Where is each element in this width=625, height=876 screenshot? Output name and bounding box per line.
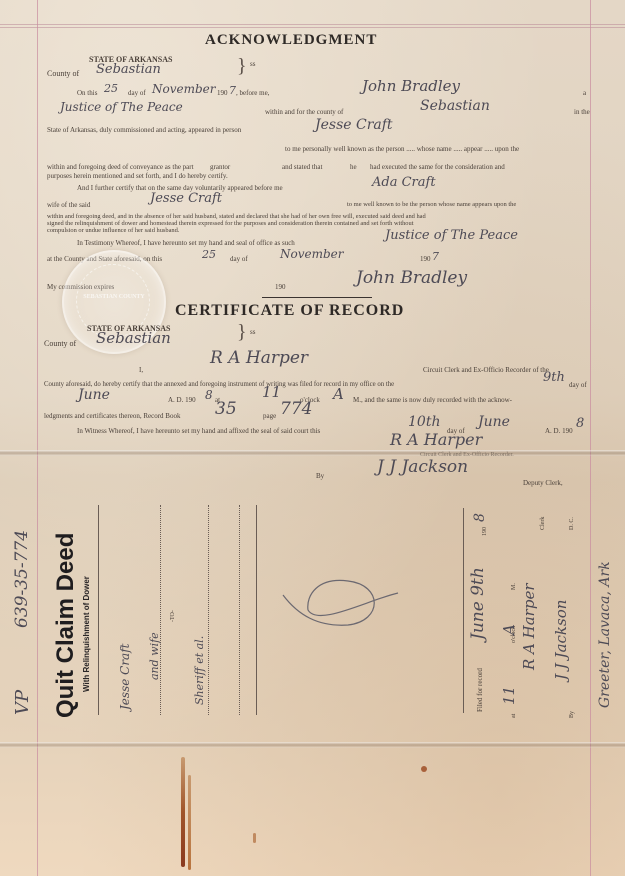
deputy-signature: J J Jackson xyxy=(377,457,468,477)
witness-label: In Witness Whereof, I have hereunto set … xyxy=(77,427,320,435)
personally-known-line: to me personally well known as the perso… xyxy=(285,145,519,153)
cover-subtitle: With Relinquishment of Dower xyxy=(82,576,91,692)
person-name: Jesse Craft xyxy=(315,117,393,133)
cert-ss-label: ss xyxy=(250,328,255,336)
cover-m-label: M. xyxy=(511,583,517,590)
testimony-year: 7 xyxy=(432,250,439,263)
witness-year: 8 xyxy=(576,416,584,431)
executed-label: had executed the same for the considerat… xyxy=(370,163,505,171)
cert-i-label: I, xyxy=(139,366,143,374)
filed-for-record-label: Filed for record xyxy=(476,668,484,712)
to-label: -TO- xyxy=(170,610,176,622)
cover-clerk: R A Harper xyxy=(520,583,538,670)
cert-county-label: County of xyxy=(44,339,76,348)
cover-rule-2 xyxy=(256,505,257,715)
cover-title: Quit Claim Deed xyxy=(52,533,80,718)
testimony-year-prefix: 190 xyxy=(420,255,431,263)
husband-name: Jesse Craft xyxy=(150,191,222,206)
paper-fold xyxy=(0,450,625,456)
grantee-name: Sheriff et al. xyxy=(193,636,206,705)
document-page: ACKNOWLEDGMENT STATE OF ARKANSAS County … xyxy=(0,0,625,876)
filed-day-of-label: day of xyxy=(569,381,587,389)
ss-label: ss xyxy=(250,60,255,68)
officer-name: John Bradley xyxy=(362,77,460,95)
testimony-day-of: day of xyxy=(230,255,248,263)
witness-day-value: 10th xyxy=(408,414,440,430)
clerk-signature: R A Harper xyxy=(390,430,482,449)
rust-stain xyxy=(188,775,191,870)
cover-dotted-line xyxy=(239,505,240,715)
officer-title: Justice of The Peace xyxy=(60,100,183,114)
return-to-address: Greeter, Lavaca, Ark xyxy=(597,561,613,708)
page-label: page xyxy=(263,412,276,420)
testimony-title: Justice of The Peace xyxy=(385,228,518,243)
day-value: 25 xyxy=(104,82,118,95)
brace: } xyxy=(237,322,247,342)
within-county-label: within and for the county of xyxy=(265,108,343,116)
appeared-label: State of Arkansas, duly commissioned and… xyxy=(47,126,241,134)
filed-year-value: 8 xyxy=(205,388,213,402)
clerk-title-label: Circuit Clerk and Ex-Officio Recorder of… xyxy=(423,366,549,374)
stated-that-label: and stated that xyxy=(282,163,322,171)
rust-stain xyxy=(181,757,185,867)
testimony-month: November xyxy=(280,247,344,261)
grantee-line xyxy=(208,505,209,715)
paragraph-line-2: signed the relinquishment of dower and h… xyxy=(47,220,413,227)
record-book-label: ledgments and certificates thereon, Reco… xyxy=(44,412,180,420)
cover-deputy: J J Jackson xyxy=(552,600,570,680)
paragraph-line-1: within and foregoing deed, and in the ab… xyxy=(47,213,426,220)
grantor-label: grantor xyxy=(210,163,230,171)
recorded-label: M., and the same is now duly recorded wi… xyxy=(353,396,512,404)
well-known-label: to me well known to be the person whose … xyxy=(347,201,516,208)
top-margin-rule-2 xyxy=(0,27,625,28)
filed-rule xyxy=(463,508,464,713)
before-me-label: , before me, xyxy=(236,89,269,97)
filed-year-prefix: 190 xyxy=(482,527,488,536)
day-of-label: day of xyxy=(128,89,146,97)
brace: } xyxy=(237,56,247,76)
clerk-name: R A Harper xyxy=(210,348,308,368)
cover-hour: 11 xyxy=(500,686,518,705)
county-value: Sebastian xyxy=(96,62,161,77)
seal-text: SEBASTIAN COUNTY xyxy=(64,294,164,300)
line-suffix: a xyxy=(583,89,586,97)
filed-ad-label: A. D. 190 xyxy=(168,396,196,404)
county-value-2: Sebastian xyxy=(420,98,490,114)
filed-month-value: June xyxy=(78,387,110,403)
paragraph-line-3: compulsion or undue influence of her sai… xyxy=(47,227,179,234)
paper-fold xyxy=(0,742,625,748)
wife-name: Ada Craft xyxy=(372,175,436,190)
top-margin-rule xyxy=(0,24,625,25)
rust-spot xyxy=(253,833,256,843)
cover-by-label: By xyxy=(569,711,575,718)
rust-spot xyxy=(421,766,427,772)
cover-clerk-label: Clerk xyxy=(540,517,546,530)
acknowledgment-title: ACKNOWLEDGMENT xyxy=(205,32,377,49)
commission-year-prefix: 190 xyxy=(275,283,286,291)
purposes-label: purposes herein mentioned and set forth,… xyxy=(47,172,228,180)
in-the-label: in the xyxy=(574,108,590,116)
testimony-label: In Testimony Whereof, I have hereunto se… xyxy=(77,239,295,247)
cert-county-value: Sebastian xyxy=(96,329,171,347)
filed-date: June 9th xyxy=(468,567,488,640)
record-reference: 639-35-774 xyxy=(12,530,32,628)
witness-ad: A. D. 190 xyxy=(545,427,573,435)
certificate-title: CERTIFICATE OF RECORD xyxy=(175,302,404,320)
filed-meridian-value: A xyxy=(333,385,344,403)
record-initials: VP xyxy=(12,690,33,715)
grantor-name: Jesse Craft xyxy=(118,644,132,710)
grantor-and-wife: and wife xyxy=(148,632,161,680)
page-value: 774 xyxy=(280,399,312,419)
he-label: he xyxy=(350,163,357,171)
month-value: November xyxy=(152,82,216,96)
year-value: 7 xyxy=(229,84,236,97)
pen-flourish xyxy=(278,575,408,635)
filed-day-value: 9th xyxy=(543,370,565,385)
filed-hour-value: 11 xyxy=(262,383,281,401)
record-book-value: 35 xyxy=(215,399,237,419)
grantor-line xyxy=(160,505,161,715)
year-prefix: 190 xyxy=(217,89,228,97)
deputy-clerk-label: Deputy Clerk, xyxy=(523,479,563,487)
foregoing-deed-label: within and foregoing deed of conveyance … xyxy=(47,163,194,171)
on-this-label: On this xyxy=(77,89,97,97)
cover-at-label: at xyxy=(511,714,517,718)
testimony-day: 25 xyxy=(202,248,216,261)
county-label: County of xyxy=(47,69,79,78)
witness-month: June xyxy=(478,414,510,430)
filed-year: 8 xyxy=(472,513,488,522)
by-label: By xyxy=(316,472,324,480)
cover-rule xyxy=(98,505,99,715)
cover-meridian: A xyxy=(500,624,518,635)
officer-signature: John Bradley xyxy=(356,268,467,288)
section-divider xyxy=(262,297,372,298)
cover-dc-label: D. C. xyxy=(569,517,575,530)
wife-of-label: wife of the said xyxy=(47,201,90,209)
